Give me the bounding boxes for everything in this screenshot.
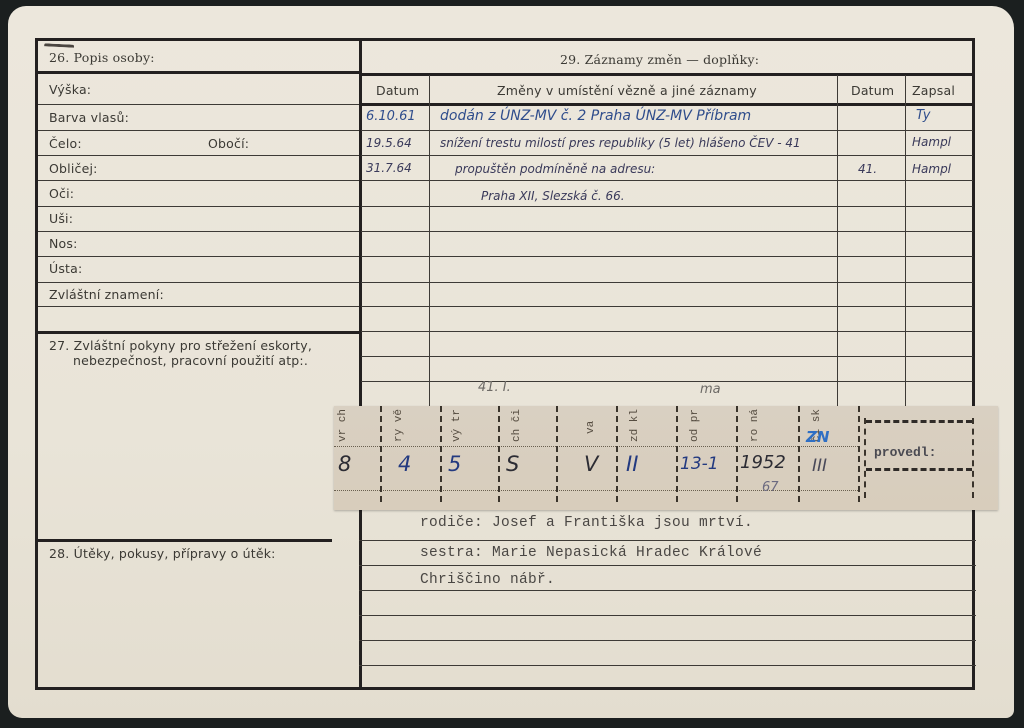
entry-3-date-2: 41. <box>858 162 877 176</box>
entry-4-change: Praha XII, Slezská č. 66. <box>481 189 625 203</box>
section-27-title-line1: 27. Zvláštní pokyny pro střežení eskorty… <box>49 338 312 353</box>
field-label-mouth: Ústa: <box>49 261 82 276</box>
column-header-date: Datum <box>376 83 419 98</box>
field-label-height: Výška: <box>49 82 91 97</box>
entry-3-change: propuštěn podmíněně na adresu: <box>455 162 655 176</box>
entry-1-recorded-by: Ty <box>916 108 931 123</box>
column-header-changes: Změny v umístění vězně a jiné záznamy <box>497 83 757 98</box>
field-label-nose: Nos: <box>49 236 78 251</box>
field-label-ears: Uši: <box>49 211 73 226</box>
field-label-forehead: Čelo: <box>49 136 82 151</box>
strip-header-8: ro ná <box>750 409 761 442</box>
field-label-hair-color: Barva vlasů: <box>49 110 129 125</box>
column-header-date-2: Datum <box>851 83 894 98</box>
panel-divider <box>359 38 362 690</box>
section-27-title-line2: nebezpečnost, pracovní použití atp:. <box>73 353 308 368</box>
strip-value-1: 8 <box>338 452 351 476</box>
strip-stamp-9: ZN <box>806 428 829 446</box>
strip-header-3: vý tr <box>452 409 463 442</box>
entry-1-date: 6.10.61 <box>366 109 416 124</box>
strip-value-9: III <box>812 456 827 476</box>
strip-header-1: vr ch <box>338 409 349 442</box>
field-label-eyebrows: Obočí: <box>208 136 249 151</box>
strip-header-7: od pr <box>690 409 701 442</box>
entry-3-recorded-by: Hampl <box>912 162 951 176</box>
entry-2-recorded-by: Hampl <box>912 135 951 149</box>
strip-value-4: S <box>506 452 519 476</box>
entry-3-date: 31.7.64 <box>366 161 412 175</box>
strip-value-5: V <box>584 452 598 476</box>
strip-header-5: va <box>586 421 597 434</box>
field-label-face: Obličej: <box>49 161 98 176</box>
column-header-recorded-by: Zapsal <box>912 83 955 98</box>
section-26-title: 26. Popis osoby: <box>49 50 155 65</box>
pencil-note-1: 41. I. <box>478 380 511 395</box>
pencil-note-2: ma <box>700 382 721 397</box>
strip-value-2: 4 <box>398 452 411 476</box>
strip-header-2: ry vě <box>394 409 405 442</box>
entry-2-date: 19.5.64 <box>366 136 412 150</box>
provedl-stamp: provedl: <box>864 418 974 498</box>
strip-value-3: 5 <box>448 452 461 476</box>
provedl-label: provedl: <box>874 445 936 460</box>
entry-1-change: dodán z ÚNZ-MV č. 2 Praha ÚNZ-MV Příbram <box>440 108 751 124</box>
field-label-eyes: Oči: <box>49 186 74 201</box>
field-label-distinguishing-marks: Zvláštní znamení: <box>49 287 164 302</box>
section-29-title: 29. Záznamy změn — doplňky: <box>560 52 759 67</box>
strip-value-6: II <box>626 452 638 476</box>
strip-value-7: 13-1 <box>680 454 719 474</box>
section-28-title: 28. Útěky, pokusy, přípravy o útěk: <box>49 546 276 561</box>
strip-note-8: 67 <box>762 480 779 495</box>
entry-2-change: snížení trestu milostí pres republiky (5… <box>440 136 801 150</box>
typed-note-sister: sestra: Marie Nepasická Hradec Králové <box>420 545 762 561</box>
pasted-classification-strip: vr ch 8 ry vě 4 vý tr 5 ch či S va V zd … <box>334 406 998 510</box>
strip-header-6: zd kl <box>630 409 641 442</box>
strip-value-8: 1952 <box>740 452 786 473</box>
strip-header-4: ch či <box>512 409 523 442</box>
typed-note-address: Chriščino nábř. <box>420 572 555 588</box>
typed-note-parents: rodiče: Josef a Františka jsou mrtví. <box>420 515 753 531</box>
